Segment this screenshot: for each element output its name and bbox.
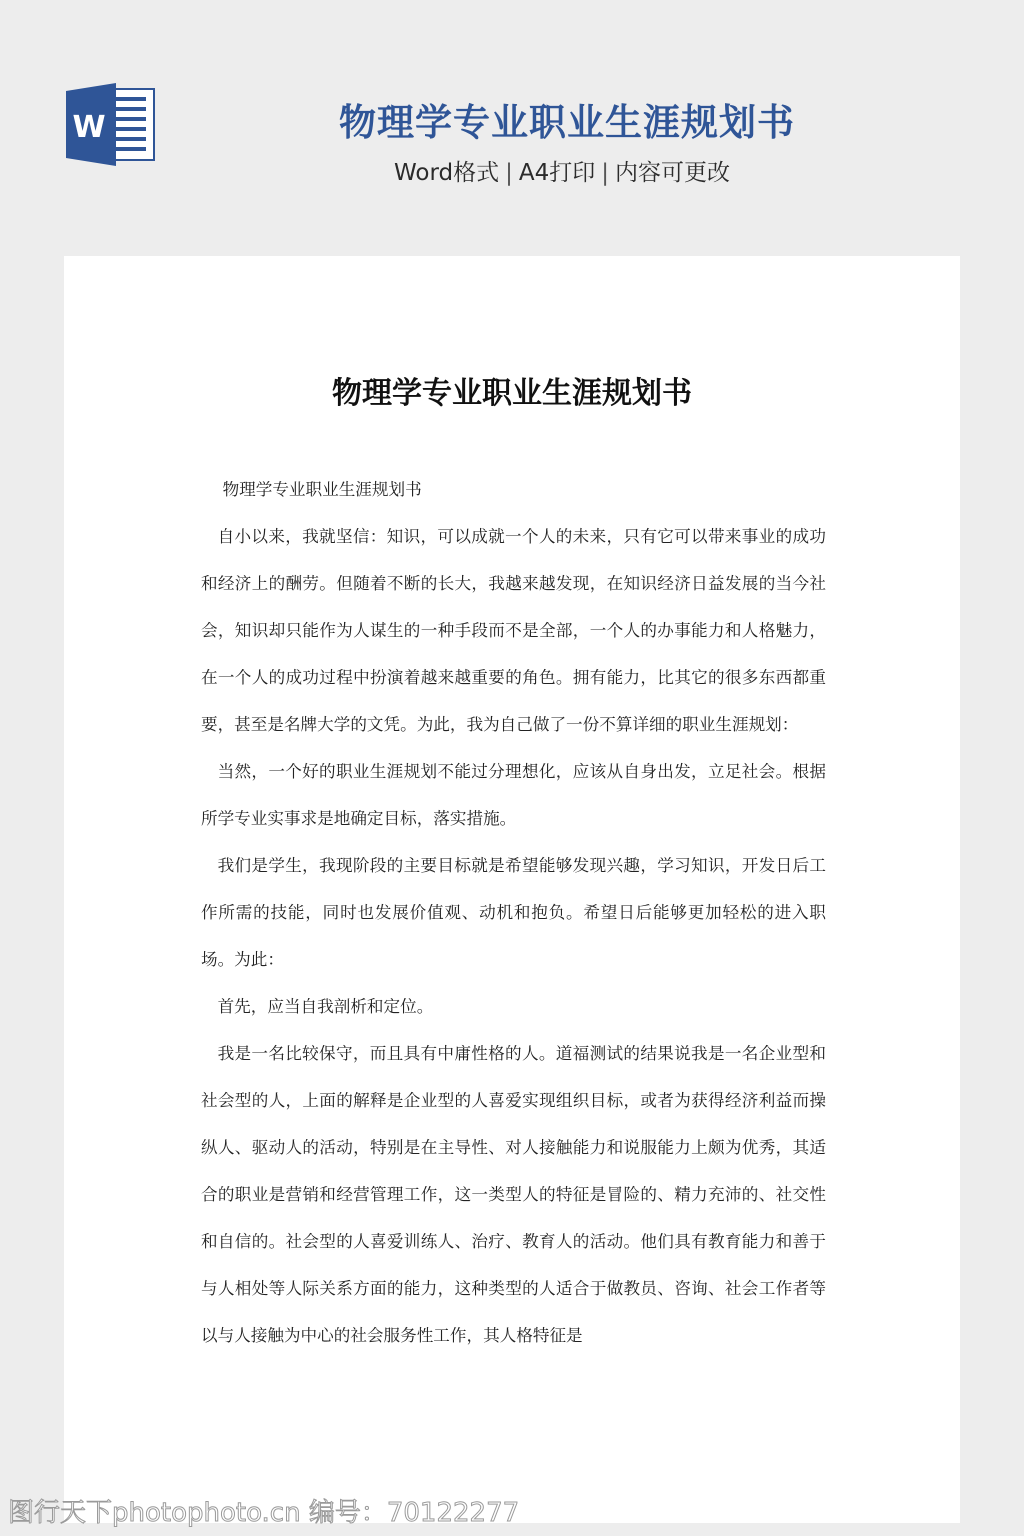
watermark-text: 图行天下photophoto.cn 编号：70122277 <box>8 1492 519 1529</box>
banner-subtitle: Word格式|A4打印|内容可更改 <box>0 154 1024 187</box>
document-title: 物理学专业职业生涯规划书 <box>64 368 960 412</box>
paragraph: 自小以来，我就坚信：知识，可以成就一个人的未来，只有它可以带来事业的成功和经济上… <box>201 513 826 748</box>
subtitle-editable: 内容可更改 <box>615 160 730 186</box>
paragraph: 首先，应当自我剖析和定位。 <box>201 983 826 1030</box>
document-page: 物理学专业职业生涯规划书 物理学专业职业生涯规划书 自小以来，我就坚信：知识，可… <box>64 256 960 1523</box>
subtitle-separator: | <box>499 160 519 186</box>
paragraph: 当然，一个好的职业生涯规划不能过分理想化，应该从自身出发，立足社会。根据所学专业… <box>201 748 826 842</box>
subtitle-separator: | <box>595 160 615 186</box>
subtitle-print: A4打印 <box>519 160 595 186</box>
paragraph: 我们是学生，我现阶段的主要目标就是希望能够发现兴趣，学习知识，开发日后工作所需的… <box>201 842 826 983</box>
document-body: 物理学专业职业生涯规划书 自小以来，我就坚信：知识，可以成就一个人的未来，只有它… <box>201 466 826 1359</box>
subtitle-format: Word格式 <box>394 160 499 186</box>
paragraph: 我是一名比较保守，而且具有中庸性格的人。道福测试的结果说我是一名企业型和社会型的… <box>201 1030 826 1359</box>
document-subheading: 物理学专业职业生涯规划书 <box>201 466 826 513</box>
banner-title: 物理学专业职业生涯规划书 <box>0 92 1024 146</box>
